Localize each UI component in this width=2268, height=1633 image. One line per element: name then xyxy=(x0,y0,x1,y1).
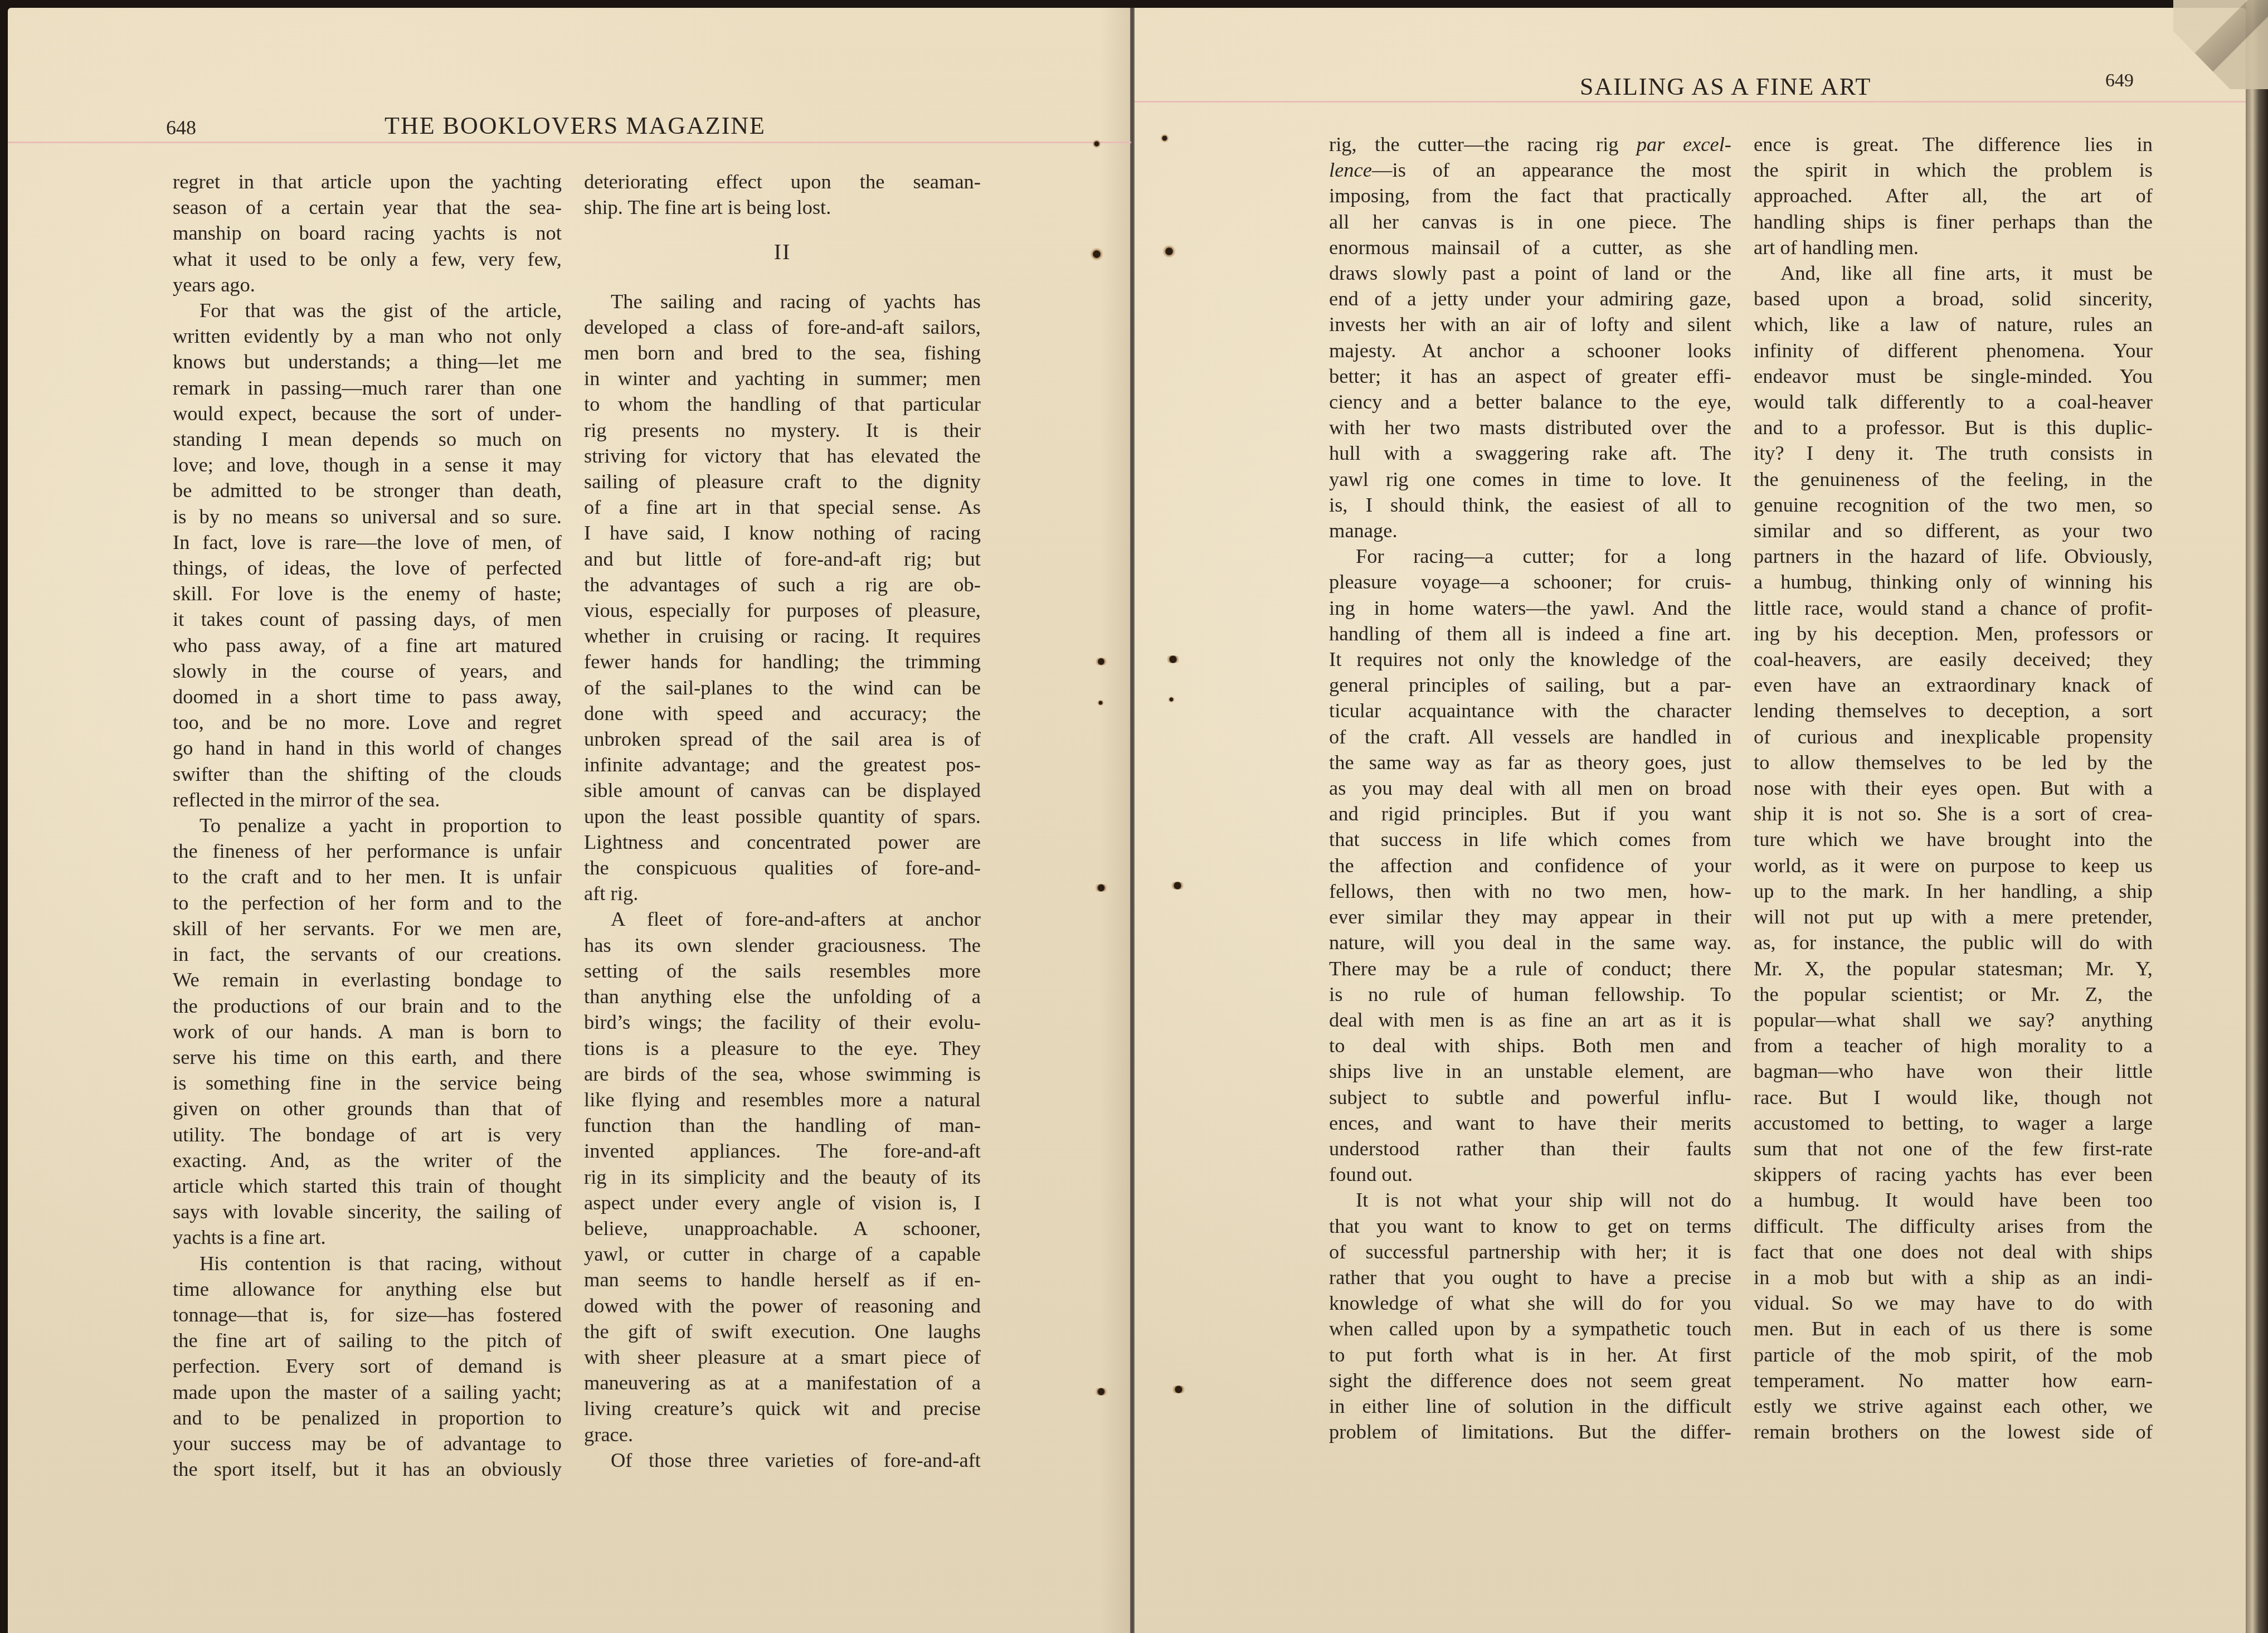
text-line: and to be penalized in proportion to xyxy=(173,1405,562,1431)
text-line: yachts is a fine art. xyxy=(173,1224,562,1250)
text-line: problem of limitations. But the differ- xyxy=(1329,1419,1731,1445)
text-line: than anything else the unfolding of a xyxy=(584,984,981,1009)
header-rule-left xyxy=(8,142,1131,143)
text-line: as you may deal with all men on broad xyxy=(1329,775,1731,801)
foxing-spot xyxy=(1170,1386,1187,1393)
text-line: handling ships is finer perhaps than the xyxy=(1754,209,2153,235)
text-line: is no rule of human fellowship. To xyxy=(1329,981,1731,1007)
text-line: ences, and want to have their merits xyxy=(1329,1110,1731,1136)
text-line: Mr. X, the popular statesman; Mr. Y, xyxy=(1754,956,2153,981)
text-line: will not put up with a mere pretender, xyxy=(1754,904,2153,930)
text-line: The sailing and racing of yachts has xyxy=(584,289,981,314)
foxing-spot xyxy=(1093,1388,1109,1396)
text-line: endeavor must be single-minded. You xyxy=(1754,363,2153,389)
text-line: In fact, love is rare—the love of men, o… xyxy=(173,529,562,555)
text-line: skill. For love is the enemy of haste; xyxy=(173,581,562,606)
text-line: doomed in a short time to pass away, xyxy=(173,684,562,709)
text-line: ing in home waters—the yawl. And the xyxy=(1329,595,1731,621)
text-line: it takes count of passing days, of men xyxy=(173,606,562,632)
text-line: His contention is that racing, without xyxy=(173,1251,562,1276)
right-page-column-2: ence is great. The difference lies inthe… xyxy=(1754,132,2153,1445)
text-line: race. But I would like, though not xyxy=(1754,1085,2153,1110)
foxing-spot xyxy=(1162,245,1176,257)
text-line: aspect under every angle of vision is, I xyxy=(584,1190,981,1216)
text-line: general principles of sailing, but a par… xyxy=(1329,672,1731,698)
text-line: the same way as far as theory goes, just xyxy=(1329,750,1731,775)
running-head-left: THE BOOKLOVERS MAGAZINE xyxy=(385,111,766,140)
text-line: the popular scientist; or Mr. Z, the xyxy=(1754,981,2153,1007)
text-line: in a mob but with a ship as an indi- xyxy=(1754,1265,2153,1290)
text-line: nature, will you deal in the same way. xyxy=(1329,930,1731,955)
text-line: too, and be no more. Love and regret xyxy=(173,709,562,735)
text-line: lence—is of an appearance the most xyxy=(1329,157,1731,183)
foxing-spot xyxy=(1169,882,1186,890)
text-line: world, as it were on purpose to keep us xyxy=(1754,853,2153,878)
text-line: go hand in hand in this world of changes xyxy=(173,735,562,761)
text-line: ence is great. The difference lies in xyxy=(1754,132,2153,157)
text-line: like flying and resembles more a natural xyxy=(584,1087,981,1112)
text-line: yawl, or cutter in charge of a capable xyxy=(584,1241,981,1267)
text-line: infinity of different phenomena. Your xyxy=(1754,338,2153,363)
text-line: tonnage—that is, for size—has fostered xyxy=(173,1302,562,1328)
page-number-right: 649 xyxy=(2105,70,2134,91)
text-line: the affection and confidence of your xyxy=(1329,853,1731,878)
section-number: II xyxy=(584,239,981,265)
text-line: time allowance for anything else but xyxy=(173,1276,562,1302)
text-line: which, like a law of nature, rules an xyxy=(1754,312,2153,337)
text-line: done with speed and accuracy; the xyxy=(584,701,981,726)
text-line: partners in the hazard of life. Obviousl… xyxy=(1754,543,2153,569)
text-line: ciency and a better balance to the eye, xyxy=(1329,389,1731,415)
text-line: is by no means so universal and so sure. xyxy=(173,504,562,529)
text-line: difficult. The difficulty arises from th… xyxy=(1754,1213,2153,1239)
text-line: the fineness of her performance is unfai… xyxy=(173,838,562,864)
page-number-left: 648 xyxy=(166,116,196,139)
text-line: genuine recognition of the two men, so xyxy=(1754,492,2153,518)
text-line: article which started this train of thou… xyxy=(173,1173,562,1199)
text-line: dowed with the power of reasoning and xyxy=(584,1293,981,1319)
page-edge xyxy=(2246,0,2268,1633)
text-line: ticular acquaintance with the character xyxy=(1329,698,1731,723)
text-line: would expect, because the sort of under- xyxy=(173,401,562,426)
text-line: utility. The bondage of art is very xyxy=(173,1122,562,1148)
text-line: maneuvering as at a manifestation of a xyxy=(584,1370,981,1396)
header-rule-right xyxy=(1135,101,2246,103)
text-line: to the craft and to her men. It is unfai… xyxy=(173,864,562,890)
text-line: I have said, I know nothing of racing xyxy=(584,520,981,546)
text-line: season of a certain year that the sea- xyxy=(173,195,562,220)
text-line: fact that one does not deal with ships xyxy=(1754,1239,2153,1265)
text-line: when called upon by a sympathetic touch xyxy=(1329,1316,1731,1342)
text-line: men. But in each of us there is some xyxy=(1754,1316,2153,1342)
text-line: developed a class of fore-and-aft sailor… xyxy=(584,314,981,340)
text-line: There may be a rule of conduct; there xyxy=(1329,956,1731,981)
text-line: of curious and inexplicable propensity xyxy=(1754,724,2153,750)
text-line: to put forth what is in her. At first xyxy=(1329,1342,1731,1368)
text-line: better; it has an aspect of greater effi… xyxy=(1329,363,1731,389)
text-line: serve his time on this earth, and there xyxy=(173,1044,562,1070)
text-line: We remain in everlasting bondage to xyxy=(173,967,562,993)
text-line: ships live in an unstable element, are xyxy=(1329,1058,1731,1084)
text-line: the productions of our brain and to the xyxy=(173,993,562,1019)
italic-phrase: par excel- xyxy=(1637,133,1731,155)
text-line: of the craft. All vessels are handled in xyxy=(1329,724,1731,750)
text-line: made upon the master of a sailing yacht; xyxy=(173,1379,562,1405)
text-line: hull with a swaggering rake aft. The xyxy=(1329,440,1731,466)
text-line: upon the least possible quantity of spar… xyxy=(584,804,981,829)
text-line: perfection. Every sort of demand is xyxy=(173,1353,562,1379)
text-line: similar and so different, as your two xyxy=(1754,518,2153,543)
text-line: who pass away, of a fine art matured xyxy=(173,633,562,658)
text-line: men born and bred to the sea, fishing xyxy=(584,340,981,366)
text-line: setting of the sails resembles more xyxy=(584,958,981,984)
text-line: what it used to be only a few, very few, xyxy=(173,246,562,272)
text-line: in fact, the servants of our creations. xyxy=(173,941,562,967)
text-line: approached. After all, the art of xyxy=(1754,183,2153,208)
text-line: deal with men is as fine an art as it is xyxy=(1329,1007,1731,1033)
text-line: sight the difference does not seem great xyxy=(1329,1368,1731,1393)
foxing-spot xyxy=(1160,134,1169,143)
text-line: given on other grounds than that of xyxy=(173,1096,562,1121)
text-line: tions is a pleasure to the eye. They xyxy=(584,1036,981,1061)
text-line: A fleet of fore-and-afters at anchor xyxy=(584,906,981,932)
foxing-spot xyxy=(1093,884,1109,892)
text-line: rig presents no mystery. It is their xyxy=(584,417,981,443)
text-line: to the perfection of her form and to the xyxy=(173,890,562,916)
text-line: even have an extraordinary knack of xyxy=(1754,672,2153,698)
text-line: a humbug, thinking only of winning his xyxy=(1754,569,2153,595)
foxing-spot xyxy=(1167,697,1175,702)
text-line: unbroken spread of the sail area is of xyxy=(584,726,981,752)
text-line: the gift of swift execution. One laughs xyxy=(584,1319,981,1344)
text-line: believe, unapproachable. A schooner, xyxy=(584,1216,981,1241)
text-line: slowly in the course of years, and xyxy=(173,658,562,684)
text-line: art of handling men. xyxy=(1754,235,2153,260)
text-line: love; and love, though in a sense it may xyxy=(173,452,562,478)
text-line: To penalize a yacht in proportion to xyxy=(173,813,562,838)
text-line: the spirit in which the problem is xyxy=(1754,157,2153,183)
text-line: in either line of solution in the diffic… xyxy=(1329,1393,1731,1419)
text-line: be admitted to be stronger than death, xyxy=(173,478,562,503)
text-line: that success in life which comes from xyxy=(1329,827,1731,852)
text-line: remain brothers on the lowest side of xyxy=(1754,1419,2153,1445)
text-line: popular—what shall we say? anything xyxy=(1754,1007,2153,1033)
text-line: understood rather than their faults xyxy=(1329,1136,1731,1161)
text-line: subject to subtle and powerful influ- xyxy=(1329,1085,1731,1110)
text-line: draws slowly past a point of land or the xyxy=(1329,260,1731,286)
foxing-spot xyxy=(1165,655,1181,663)
text-line: as, for instance, the public will do wit… xyxy=(1754,930,2153,955)
text-line: man seems to handle herself as if en- xyxy=(584,1267,981,1292)
text-line: up to the mark. In her handling, a ship xyxy=(1754,878,2153,904)
text-line: knows but understands; a thing—let me xyxy=(173,349,562,375)
text-line: from a teacher of high morality to a xyxy=(1754,1033,2153,1058)
text-line: invented appliances. The fore-and-aft xyxy=(584,1138,981,1164)
text-line: rig in its simplicity and the beauty of … xyxy=(584,1164,981,1190)
text-line: skill of her servants. For we men are, xyxy=(173,916,562,941)
text-line: of the sail-planes to the wind can be xyxy=(584,675,981,701)
text-line: all her canvas is in one piece. The xyxy=(1329,209,1731,235)
text-line: living creature’s quick wit and precise xyxy=(584,1396,981,1421)
text-line: ship. The fine art is being lost. xyxy=(584,195,981,220)
foxing-spot xyxy=(1089,248,1104,260)
text-line: bagman—who have won their little xyxy=(1754,1058,2153,1084)
text-line: with her two masts distributed over the xyxy=(1329,415,1731,440)
text-line: things, of ideas, the love of perfected xyxy=(173,555,562,581)
foxing-spot xyxy=(1092,139,1101,148)
text-line: handling of them all is indeed a fine ar… xyxy=(1329,621,1731,647)
text-line: of a fine art in that special sense. As xyxy=(584,494,981,520)
text-line: invests her with an air of lofty and sil… xyxy=(1329,312,1731,337)
text-line: remark in passing—much rarer than one xyxy=(173,375,562,401)
text-line: found out. xyxy=(1329,1161,1731,1187)
text-line: regret in that article upon the yachting xyxy=(173,169,562,195)
text-line: fellows, then with no two men, how- xyxy=(1329,878,1731,904)
text-line: with sheer pleasure at a smart piece of xyxy=(584,1344,981,1370)
text-line: of successful partnership with her; it i… xyxy=(1329,1239,1731,1265)
text-line: says with lovable sincerity, the sailing… xyxy=(173,1199,562,1224)
text-line: a humbug. It would have been too xyxy=(1754,1187,2153,1213)
text-line: fewer hands for handling; the trimming xyxy=(584,649,981,674)
text-line: the fine art of sailing to the pitch of xyxy=(173,1328,562,1353)
text-line: has its own slender graciousness. The xyxy=(584,932,981,958)
text-line: the conspicuous qualities of fore-and- xyxy=(584,855,981,881)
text-line: and rigid principles. But if you want xyxy=(1329,801,1731,827)
text-line: deteriorating effect upon the seaman- xyxy=(584,169,981,195)
text-line: rather that you ought to have a precise xyxy=(1329,1265,1731,1290)
text-line: manship on board racing yachts is not xyxy=(173,220,562,246)
text-line: are birds of the sea, whose swimming is xyxy=(584,1061,981,1087)
text-line: is something fine in the service being xyxy=(173,1070,562,1096)
text-line: little race, would stand a chance of pro… xyxy=(1754,595,2153,621)
text-line: rig, the cutter—the racing rig par excel… xyxy=(1329,132,1731,157)
text-line: For racing—a cutter; for a long xyxy=(1329,543,1731,569)
text-line: sum that not one of the few first-rate xyxy=(1754,1136,2153,1161)
text-line: grace. xyxy=(584,1422,981,1447)
text-line: knowledge of what she will do for you xyxy=(1329,1290,1731,1316)
text-line: and to a professor. But is this duplic- xyxy=(1754,415,2153,440)
text-line: ture which we have brought into the xyxy=(1754,827,2153,852)
gutter-fold xyxy=(1130,8,1135,1633)
text-line: And, like all fine arts, it must be xyxy=(1754,260,2153,286)
text-line: sailing of pleasure craft to the dignity xyxy=(584,469,981,494)
text-line: reflected in the mirror of the sea. xyxy=(173,787,562,813)
text-line: end of a jetty under your admiring gaze, xyxy=(1329,286,1731,312)
right-page-column-1: rig, the cutter—the racing rig par excel… xyxy=(1329,132,1731,1445)
text-line: sible amount of canvas can be displayed xyxy=(584,777,981,803)
text-line: ity? I deny it. The truth consists in xyxy=(1754,440,2153,466)
text-line: whether in cruising or racing. It requir… xyxy=(584,623,981,649)
text-line: It is not what your ship will not do xyxy=(1329,1187,1731,1213)
foxing-spot xyxy=(1094,658,1108,665)
text-line: estly we strive against each other, we xyxy=(1754,1393,2153,1419)
italic-phrase: lence xyxy=(1329,158,1372,181)
text-line: in winter and yachting in summer; men xyxy=(584,366,981,391)
text-line: lending themselves to deception, a sort xyxy=(1754,698,2153,723)
text-line: bird’s wings; the facility of their evol… xyxy=(584,1009,981,1035)
text-line: imposing, from the fact that practically xyxy=(1329,183,1731,208)
left-page-column-1: regret in that article upon the yachting… xyxy=(173,169,562,1482)
running-head-right: SAILING AS A FINE ART xyxy=(1580,72,1871,101)
text-line: function than the handling of man- xyxy=(584,1112,981,1138)
text-line: aft rig. xyxy=(584,881,981,906)
text-line: majesty. At anchor a schooner looks xyxy=(1329,338,1731,363)
text-line: It requires not only the knowledge of th… xyxy=(1329,647,1731,672)
text-line: accustomed to betting, to wager a large xyxy=(1754,1110,2153,1136)
text-line: standing I mean depends so much on xyxy=(173,426,562,452)
text-line: temperament. No matter how earn- xyxy=(1754,1368,2153,1393)
text-line: your success may be of advantage to xyxy=(173,1431,562,1456)
text-line: ing by his deception. Men, professors or xyxy=(1754,621,2153,647)
text-line: skippers of racing yachts has ever been xyxy=(1754,1161,2153,1187)
text-line: Lightness and concentrated power are xyxy=(584,829,981,855)
foxing-spot xyxy=(1097,700,1104,706)
text-line: years ago. xyxy=(173,272,562,298)
text-line: manage. xyxy=(1329,518,1731,543)
text-line: that you want to know to get on terms xyxy=(1329,1213,1731,1239)
text-line: written evidently by a man who not only xyxy=(173,323,562,349)
text-line: vidual. So we may have to do with xyxy=(1754,1290,2153,1316)
text-line: Of those three varieties of fore-and-aft xyxy=(584,1447,981,1473)
text-line: the advantages of such a rig are ob- xyxy=(584,572,981,597)
text-line: yawl rig one comes in time to love. It xyxy=(1329,466,1731,492)
text-line: For that was the gist of the article, xyxy=(173,298,562,323)
text-line: the sport itself, but it has an obviousl… xyxy=(173,1456,562,1482)
magazine-spread: 648 THE BOOKLOVERS MAGAZINE SAILING AS A… xyxy=(0,0,2268,1633)
text-line: infinite advantage; and the greatest pos… xyxy=(584,752,981,777)
text-line: and but little of fore-and-aft rig; but xyxy=(584,546,981,572)
text-line: striving for victory that has elevated t… xyxy=(584,443,981,469)
text-line: work of our hands. A man is born to xyxy=(173,1019,562,1044)
text-line: nose with their eyes open. But with a xyxy=(1754,775,2153,801)
text-line: pleasure voyage—a schooner; for cruis- xyxy=(1329,569,1731,595)
text-line: coal-heavers, are easily deceived; they xyxy=(1754,647,2153,672)
text-line: based upon a broad, solid sincerity, xyxy=(1754,286,2153,312)
text-line: to allow themselves to be led by the xyxy=(1754,750,2153,775)
text-line: ever similar they may appear in their xyxy=(1329,904,1731,930)
text-line: is, I should think, the easiest of all t… xyxy=(1329,492,1731,518)
text-line: would talk differently to a coal-heaver xyxy=(1754,389,2153,415)
text-line: particle of the mob spirit, of the mob xyxy=(1754,1342,2153,1368)
text-line: to deal with ships. Both men and xyxy=(1329,1033,1731,1058)
text-line: enormous mainsail of a cutter, as she xyxy=(1329,235,1731,260)
text-line: vious, especially for purposes of pleasu… xyxy=(584,597,981,623)
left-page-column-2: deteriorating effect upon the seaman-shi… xyxy=(584,169,981,1473)
text-line: exacting. And, as the writer of the xyxy=(173,1148,562,1173)
text-line: the genuineness of the feeling, in the xyxy=(1754,466,2153,492)
text-line: to whom the handling of that particular xyxy=(584,391,981,417)
text-line: swifter than the shifting of the clouds xyxy=(173,761,562,787)
text-line: ship it is not so. She is a sort of crea… xyxy=(1754,801,2153,827)
